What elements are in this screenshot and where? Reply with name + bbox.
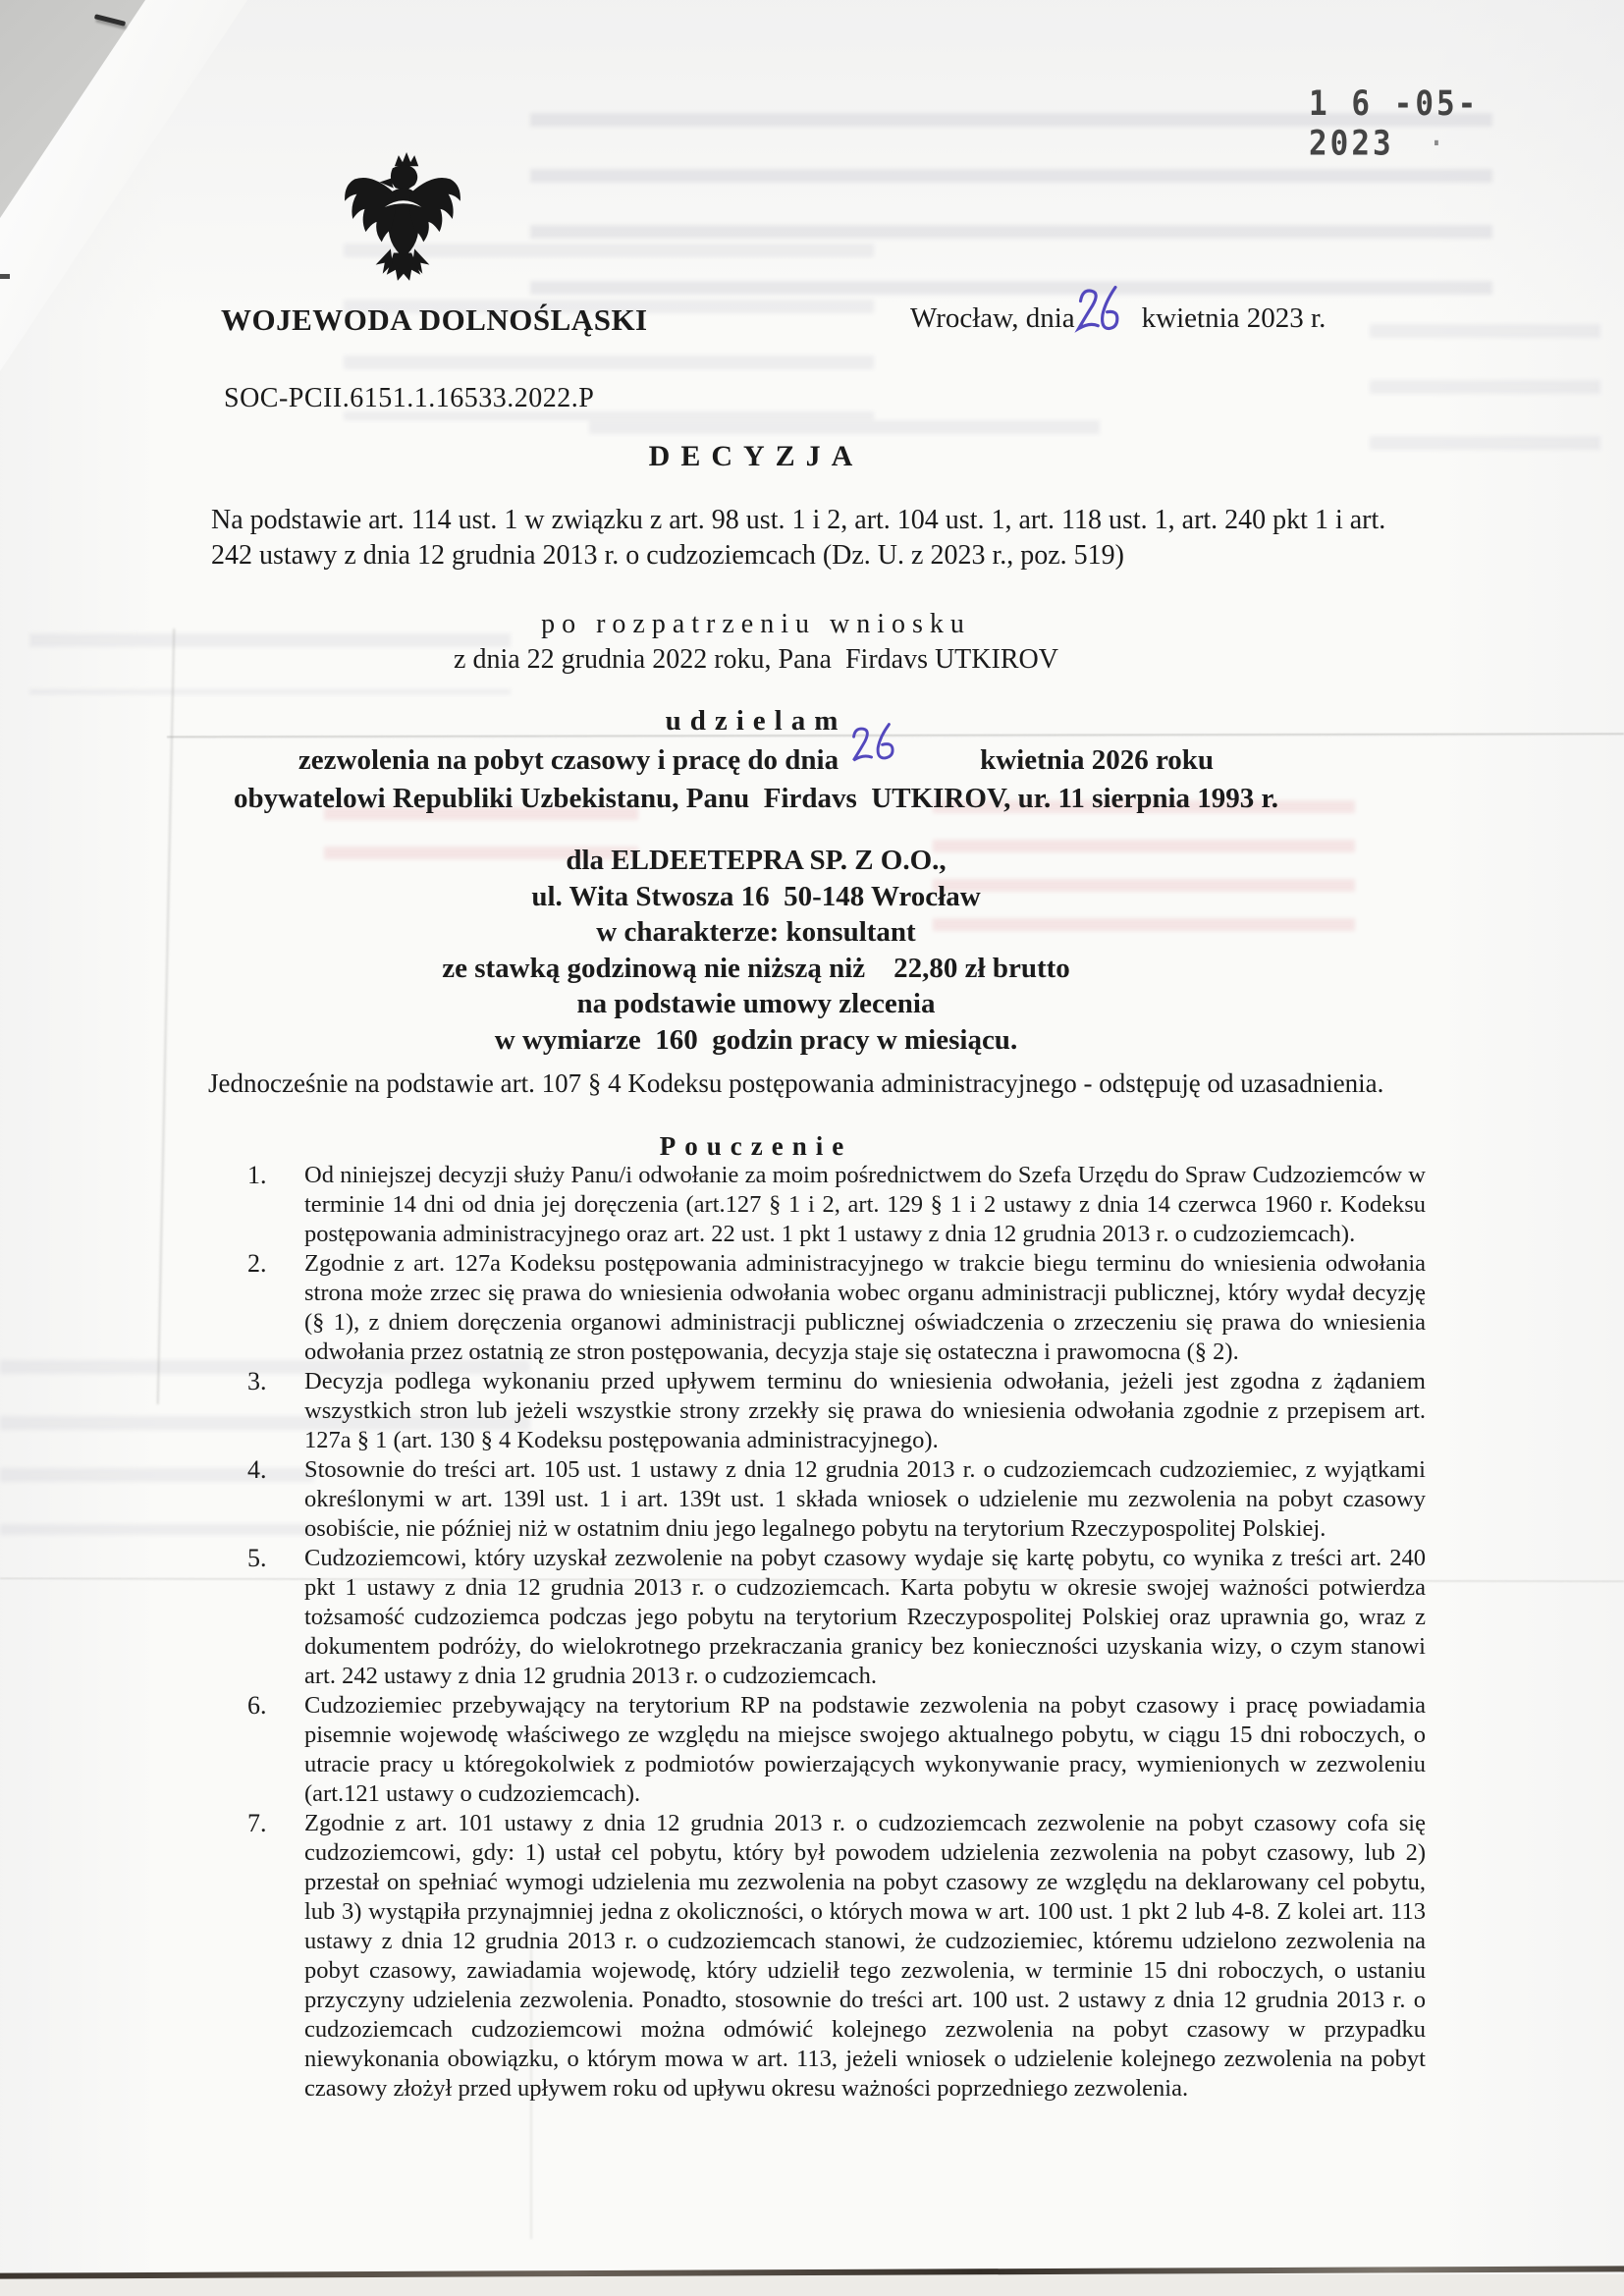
item-number: 2.: [247, 1249, 304, 1367]
item-number: 5.: [247, 1544, 304, 1691]
instruction-list: 1. Od niniejszej decyzji służy Panu/i od…: [247, 1161, 1426, 2104]
after-review-line: po rozpatrzeniu wniosku: [211, 609, 1301, 640]
grant-line-2: obywatelowi Republiki Uzbekistanu, Panu …: [211, 783, 1301, 815]
case-reference-number: SOC-PCII.6151.1.16533.2022.P: [224, 383, 594, 414]
item-text: Zgodnie z art. 127a Kodeksu postępowania…: [304, 1249, 1426, 1367]
application-date-line: z dnia 22 grudnia 2022 roku, Pana Firdav…: [211, 644, 1301, 676]
bleed-through-ghost: [1370, 324, 1600, 486]
received-date-stamp: 1 6 -05- 2023·: [1309, 84, 1624, 164]
employer-name: dla ELDEETEPRA SP. Z O.O.,: [211, 843, 1301, 879]
stamp-dot: ·: [1428, 124, 1449, 163]
grant-word: udzielam: [211, 705, 1301, 738]
legal-basis-paragraph: Na podstawie art. 114 ust. 1 w związku z…: [211, 503, 1429, 574]
instruction-item: 2. Zgodnie z art. 127a Kodeksu postępowa…: [247, 1249, 1426, 1367]
item-text: Zgodnie z art. 101 ustawy z dnia 12 grud…: [304, 1809, 1426, 2104]
item-text: Cudzoziemiec przebywający na terytorium …: [304, 1691, 1426, 1809]
instruction-item: 4. Stosownie do treści art. 105 ust. 1 u…: [247, 1455, 1426, 1544]
eagle-icon: [342, 149, 463, 289]
justification-waiver: Jednocześnie na podstawie art. 107 § 4 K…: [208, 1068, 1435, 1099]
edge-mark: [0, 274, 10, 279]
item-number: 6.: [247, 1691, 304, 1809]
place-date-suffix: kwietnia 2023 r.: [1142, 302, 1326, 335]
item-text: Decyzja podlega wykonaniu przed upływem …: [304, 1367, 1426, 1455]
grant-line1-suffix: kwietnia 2026 roku: [980, 744, 1214, 777]
place-and-date-line: Wrocław, dnia kwietnia 2023 r.: [910, 302, 1326, 336]
contract-type: na podstawie umowy zlecenia: [211, 986, 1301, 1022]
scanned-decision-document: 1 6 -05- 2023· WOJEWODA DOLNOŚLĄSKI Wroc…: [0, 0, 1624, 2296]
place-date-prefix: Wrocław, dnia: [910, 302, 1075, 335]
received-date-text: 1 6 -05- 2023: [1309, 84, 1479, 164]
job-role: w charakterze: konsultant: [211, 914, 1301, 951]
item-number: 7.: [247, 1809, 304, 2104]
item-number: 1.: [247, 1161, 304, 1249]
grant-line-1: zezwolenia na pobyt czasowy i pracę do d…: [211, 744, 1301, 777]
employer-address: ul. Wita Stwosza 16 50-148 Wrocław: [211, 879, 1301, 915]
item-number: 4.: [247, 1455, 304, 1544]
issuing-authority: WOJEWODA DOLNOŚLĄSKI: [221, 302, 648, 338]
item-number: 3.: [247, 1367, 304, 1455]
monthly-hours: w wymiarze 160 godzin pracy w miesiącu.: [211, 1022, 1301, 1059]
hourly-rate: ze stawką godzinową nie niższą niż 22,80…: [211, 951, 1301, 987]
item-text: Od niniejszej decyzji służy Panu/i odwoł…: [304, 1161, 1426, 1249]
item-text: Cudzoziemcowi, który uzyskał zezwolenie …: [304, 1544, 1426, 1691]
item-text: Stosownie do treści art. 105 ust. 1 usta…: [304, 1455, 1426, 1544]
grant-line1-prefix: zezwolenia na pobyt czasowy i pracę do d…: [298, 744, 839, 777]
instruction-item: 1. Od niniejszej decyzji służy Panu/i od…: [247, 1161, 1426, 1249]
handwritten-day-ink: [1073, 281, 1130, 336]
employer-details-block: dla ELDEETEPRA SP. Z O.O., ul. Wita Stwo…: [211, 843, 1301, 1058]
instruction-heading: Pouczenie: [211, 1131, 1301, 1162]
instruction-item: 5. Cudzoziemcowi, który uzyskał zezwolen…: [247, 1544, 1426, 1691]
polish-eagle-emblem: [342, 149, 463, 289]
instruction-item: 6. Cudzoziemiec przebywający na terytori…: [247, 1691, 1426, 1809]
instruction-item: 3. Decyzja podlega wykonaniu przed upływ…: [247, 1367, 1426, 1455]
decision-title: DECYZJA: [211, 440, 1301, 473]
instruction-item: 7. Zgodnie z art. 101 ustawy z dnia 12 g…: [247, 1809, 1426, 2104]
handwritten-day-ink: [847, 719, 905, 766]
